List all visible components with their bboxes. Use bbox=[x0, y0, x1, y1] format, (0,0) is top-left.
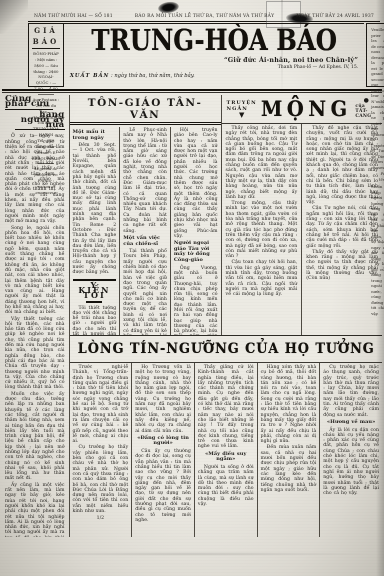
article-paragraph: Ở xứ ta ngày nay, những công cuộc từ thi… bbox=[5, 134, 65, 224]
story-paragraph: Thầy đồ nghe cậu thuật chuyện, vuốt râu … bbox=[306, 126, 378, 205]
price-line: NGOẠI-QUỐC : — 7.00 — 4.00 bbox=[32, 74, 60, 92]
mong-header: TRUYỆN NGẮN ▼ MỘNG ● của TẤT-CANG bbox=[222, 95, 382, 124]
article-paragraph: Hội truyền giáo bên Cao-ly cho hay : năm… bbox=[174, 128, 218, 239]
story-paragraph: Trong mộng, cậu thấy mình lạc vào một nơ… bbox=[226, 201, 298, 259]
article-paragraph: Muốn cho việc ấy được chu đáo, tưởng nên… bbox=[5, 392, 65, 482]
quote-box: Veuillez prier pour les âmes de ceux qui… bbox=[366, 23, 384, 87]
story-paragraph: Thầy đồ thấy vậy gật gù khen rằng : mộng… bbox=[306, 250, 378, 282]
column-serial-mark: 1/2 bbox=[73, 516, 129, 521]
article-paragraph: Lễ Phục-sinh năm nay ở Nhà thờ lớn Hà-nộ… bbox=[123, 128, 167, 234]
article-paragraph: Tôi thiết tưởng đạo với đời chẳng hề trá… bbox=[73, 306, 117, 336]
article-paragraph: Cụ trưởng họ mặc áo thụng xanh, chống gậ… bbox=[323, 365, 379, 418]
article-paragraph: Song le, ngoài chốn phồn hoa đô hội, còn… bbox=[5, 226, 65, 316]
article-paragraph: Đêm 30 Sept. — 1 Oct. vừa rồi, tại thành… bbox=[73, 143, 117, 275]
article-paragraph: Cụ trưởng họ thấy vậy phiền lòng lắm, bè… bbox=[73, 445, 129, 514]
article-cung-phai-cuu: Cũng phải cứu hang người ấy nữa Ở xứ ta … bbox=[2, 95, 70, 537]
ornament-rule bbox=[86, 301, 102, 303]
article-paragraph: Ông Vương, một nhà buôn giàu có ở Thượng… bbox=[174, 266, 218, 335]
subhead-nguoi-ngoai-giao: Người ngoại giáo Tàu với mấy tờ đồng Côn… bbox=[174, 241, 218, 263]
feature-column-5: Cụ trưởng họ mặc áo thụng xanh, chống gậ… bbox=[320, 363, 382, 537]
mong-column-1: Thầy công nhắc, dơi tìm ngày rét tới, nh… bbox=[222, 124, 303, 335]
price-line: ĐÔNG-PHÁP : Một năm : 5$00 — Sáu tháng :… bbox=[32, 51, 60, 74]
article-paragraph: Ấy cũng là một việc rất nên làm, mà làm … bbox=[5, 483, 65, 537]
front-page-content: Cũng phải cứu hang người ấy nữa Ở xứ ta … bbox=[2, 95, 382, 537]
article-paragraph: Trước nghi-lễ Thánh, vị Tổng-trấn-định h… bbox=[73, 365, 129, 444]
article-paragraph: Họ Trương vốn là một họ to trong vùng, r… bbox=[135, 365, 191, 434]
masthead-rule-thin bbox=[2, 92, 382, 93]
section-header: TÔN-GIÁO TÂN-VĂN bbox=[70, 95, 221, 125]
motto-source: Thanh Phao-lồ — Ad Ephes. IV, 15. bbox=[278, 65, 359, 70]
article-paragraph: Câu ấy cụ thường đọc đi đọc lại, song cụ… bbox=[135, 449, 191, 523]
tongiao-column-2: Lễ Phục-sinh năm nay ở Nhà thờ lớn Hà-nộ… bbox=[120, 127, 171, 335]
section-mong-story: TRUYỆN NGẮN ▼ MỘNG ● của TẤT-CANG Thầy c… bbox=[222, 95, 382, 335]
paper-fold-shadow bbox=[0, 552, 384, 556]
story-category-label: TRUYỆN NGẮN bbox=[227, 100, 257, 112]
article-paragraph: Thầy giảng cứ lời Kinh-thánh mà cắt nghĩ… bbox=[198, 365, 254, 450]
article-paragraph: Người ta sống ở đời chẳng qua trăm năm l… bbox=[198, 465, 254, 507]
story-paragraph: Cậu Tư nghe nói, cúi đầu ngẫm nghĩ hồi l… bbox=[306, 206, 378, 248]
y-kien-toi-title: Ý KIẾN TÔI bbox=[73, 283, 117, 299]
publication-label: XUẤT BẢN bbox=[70, 73, 109, 79]
triangle-ornament-icon: ▼ bbox=[239, 112, 244, 118]
mong-column-2: Thầy đồ nghe cậu thuật chuyện, vuốt râu … bbox=[302, 124, 382, 335]
feature-column-3: Thầy giảng cứ lời Kinh-thánh mà cắt nghĩ… bbox=[195, 363, 258, 537]
motto: “Giữ đức Ái-nhân, noi theo Chân-lý” bbox=[224, 57, 358, 64]
paper-title: TRUNG-HÒA BÁO bbox=[91, 25, 337, 55]
dateline: NĂM THỨ MƯỜI HAI — SỐ 181 BÁO RA MỖI TUẦ… bbox=[34, 14, 374, 19]
story-paragraph: Thầy công nhắc, dơi tìm ngày rét tới, nh… bbox=[226, 126, 298, 200]
story-title: MỘNG bbox=[261, 96, 352, 121]
subhead-mot-mau-it: Một mẩu ít trong ngày bbox=[73, 130, 117, 141]
scan-corner-shadow bbox=[0, 0, 28, 34]
subhead-chien-si: Một vấn việc của chiến-sĩ bbox=[123, 236, 167, 247]
feature-column-4: Hàng xóm thấy nhà cụ bỏ đồ mã, thôi đốt … bbox=[258, 363, 321, 537]
feature-headline-band: LÒNG TÍN-NGƯỠNG CỦA HỌ TƯỞNG bbox=[70, 335, 382, 362]
publication-line: XUẤT BẢN : ngày thứ ba, thứ năm, thứ bảy… bbox=[68, 73, 360, 79]
title-block: TRUNG-HÒA BÁO “Giữ đức Ái-nhân, noi theo… bbox=[64, 23, 364, 87]
story-paragraph: Cậu toan chạy tới hỏi han, thì vừa lúc g… bbox=[226, 260, 298, 297]
article-paragraph: Vậy thiết tưởng các hội từ thiện, các nh… bbox=[5, 317, 65, 391]
masthead: GIÁ BÁO ĐÔNG-PHÁP : Một năm : 5$00 — Sáu… bbox=[28, 21, 380, 87]
feature-column-1: Trước nghi-lễ Thánh, vị Tổng-trấn-định h… bbox=[70, 363, 133, 537]
price-box-title: GIÁ BÁO bbox=[32, 26, 60, 49]
article-headline-line2: hang người ấy nữa bbox=[15, 113, 65, 131]
publication-days: : ngày thứ ba, thứ năm, thứ bảy. bbox=[109, 73, 194, 79]
subhead-huong-ve-mau: «Hương về mau» bbox=[323, 420, 379, 426]
y-kien-toi-box: Ý KIẾN TÔI bbox=[73, 279, 117, 303]
ink-blot-icon bbox=[157, 1, 179, 15]
tongiao-column-1: Một mẩu ít trong ngày Đêm 30 Sept. — 1 O… bbox=[70, 127, 121, 335]
article-paragraph: Tại thành phố Tours bên Pháp, mấy người … bbox=[123, 249, 167, 335]
article-paragraph: Đến mùa xuân năm sau, cả nhà cụ hai mươi… bbox=[261, 445, 317, 493]
section-ton-giao-tan-van: TÔN-GIÁO TÂN-VĂN Một mẩu ít trong ngày Đ… bbox=[70, 95, 222, 335]
subhead-dang-co-long-tin: «Đấng có lòng tin người» bbox=[135, 436, 191, 447]
feature-headline: LÒNG TÍN-NGƯỠNG CỦA HỌ TƯỞNG bbox=[77, 341, 374, 357]
feature-column-2: Họ Trương vốn là một họ to trong vùng, r… bbox=[132, 363, 195, 537]
price-box: GIÁ BÁO ĐÔNG-PHÁP : Một năm : 5$00 — Sáu… bbox=[28, 23, 64, 87]
tongiao-column-3: Hội truyền giáo bên Cao-ly cho hay : năm… bbox=[171, 127, 221, 335]
article-paragraph: Ấy là lời cụ dặn con cháu khi cụ yếu nặn… bbox=[323, 428, 379, 497]
article-headline-line1: Cũng phải cứu bbox=[5, 97, 53, 110]
dateline-issue: NĂM THỨ MƯỜI HAI — SỐ 181 bbox=[34, 14, 113, 19]
subhead-may-dieu-suy-ngam: «Mấy điều suy ngẫm» bbox=[198, 452, 254, 463]
article-paragraph: Hàng xóm thấy nhà cụ bỏ đồ mã, thôi đốt … bbox=[261, 365, 317, 444]
feature-article-columns: Trước nghi-lễ Thánh, vị Tổng-trấn-định h… bbox=[70, 362, 382, 537]
newspaper-page: NĂM THỨ MƯỜI HAI — SỐ 181 BÁO RA MỖI TUẦ… bbox=[0, 0, 384, 576]
section-title: TÔN-GIÁO TÂN-VĂN bbox=[70, 97, 221, 125]
dateline-schedule: BÁO RA MỖI TUẦN LỄ THỨ BA, THỨ NĂM VÀ TH… bbox=[135, 14, 275, 19]
dateline-date: NGÀY THỨ BẢY 24 AVRIL 1937 bbox=[296, 14, 374, 19]
